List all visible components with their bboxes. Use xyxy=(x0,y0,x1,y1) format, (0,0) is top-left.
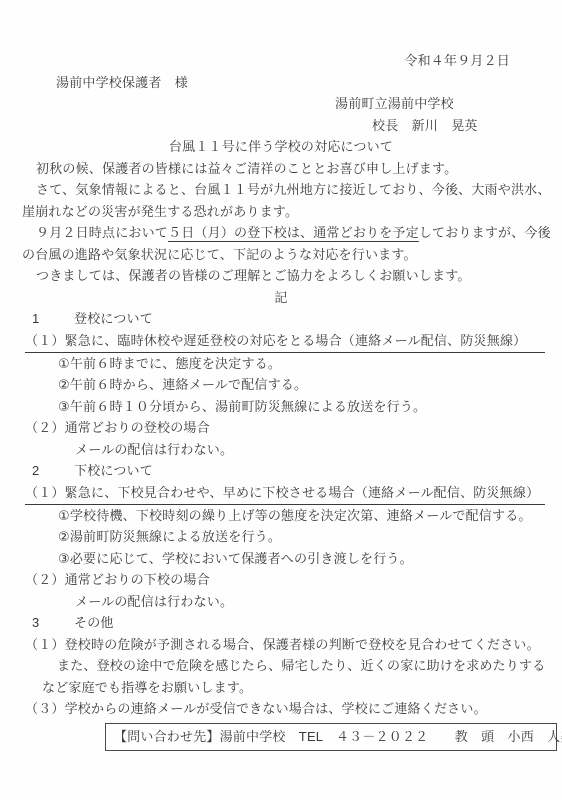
ki-marker: 記 xyxy=(0,287,562,309)
numbered-item-line: ②湯前町防災無線による放送を行う。 xyxy=(58,526,562,548)
continuation-line: など家庭でも指導をお願いします。 xyxy=(42,677,562,699)
numbered-item-line: ③午前６時１０分頃から、湯前町防災無線による放送を行う。 xyxy=(58,396,562,418)
text-span: しておりますが、今後 xyxy=(419,225,551,240)
contact-box: 【問い合わせ先】湯前中学校 TEL ４３－２０２２ 教 頭 小西 人美 xyxy=(105,723,557,751)
clause-heading-underlined: （１）緊急に、臨時休校や遅延登校の対応をとる場合（連絡メール配信、防災無線） xyxy=(25,330,545,353)
body-paragraph-line: つきましては、保護者の皆様のご理解とご協力をよろしくお願いします。 xyxy=(23,265,562,287)
body-paragraph-line: ９月２日時点において５日（月）の登下校は、通常どおりを予定しておりますが、今後 xyxy=(23,222,562,244)
body-paragraph-line: 崖崩れなどの災害が発生する恐れがあります。 xyxy=(22,201,562,223)
document-page: 令和４年９月２日湯前中学校保護者 様湯前町立湯前中学校校長 新川 晃英台風１１号… xyxy=(0,0,562,800)
clause-line: （３）学校からの連絡メールが受信できない場合は、学校にご連絡ください。 xyxy=(25,698,562,720)
section-label: 登校について xyxy=(74,311,153,326)
text-span: ９月２日時点において xyxy=(36,225,168,240)
section-number: 2 xyxy=(32,460,74,482)
document-body: 令和４年９月２日湯前中学校保護者 様湯前町立湯前中学校校長 新川 晃英台風１１号… xyxy=(0,50,562,751)
numbered-item-line: ③必要に応じて、学校において保護者への引き渡しを行う。 xyxy=(58,548,562,570)
sub-note-line: メールの配信は行わない。 xyxy=(75,591,562,613)
clause-line: （２）通常どおりの登校の場合 xyxy=(25,417,562,439)
body-paragraph-line: の台風の進路や気象状況に応じて、下記のような対応を行います。 xyxy=(22,244,562,266)
section-label: その他 xyxy=(74,615,114,630)
school-name-line: 湯前町立湯前中学校 xyxy=(335,93,562,115)
principal-name-line: 校長 新川 晃英 xyxy=(372,115,562,137)
section-heading: 2下校について xyxy=(32,460,562,482)
continuation-line: また、登校の途中で危険を感じたら、帰宅したり、近くの家に助けを求めたりする xyxy=(57,655,562,677)
clause-line: （１）登校時の危険が予測される場合、保護者様の判断で登校を見合わせてください。 xyxy=(25,634,562,656)
numbered-item-line: ②午前６時から、連絡メールで配信する。 xyxy=(58,374,562,396)
numbered-item-line: ①学校待機、下校時刻の繰り上げ等の態度を決定次第、連絡メールで配信する。 xyxy=(58,505,562,527)
section-heading: 1登校について xyxy=(32,308,562,330)
addressee-line: 湯前中学校保護者 様 xyxy=(56,72,562,94)
section-number: 1 xyxy=(32,308,74,330)
body-paragraph-line: さて、気象情報によると、台風１１号が九州地方に接近しており、今後、大雨や洪水、 xyxy=(23,179,562,201)
clause-heading-underlined: （１）緊急に、下校見合わせや、早めに下校させる場合（連絡メール配信、防災無線） xyxy=(25,482,545,505)
numbered-item-line: ①午前６時までに、態度を決定する。 xyxy=(58,353,562,375)
clause-line: （２）通常どおりの下校の場合 xyxy=(25,569,562,591)
underlined-phrase: ５日（月）の登下校は、通常どおりを予定 xyxy=(168,225,419,240)
section-label: 下校について xyxy=(74,463,153,478)
date-line: 令和４年９月２日 xyxy=(0,50,562,72)
document-title: 台風１１号に伴う学校の対応について xyxy=(0,136,562,158)
section-number: 3 xyxy=(32,612,74,634)
section-heading: 3その他 xyxy=(32,612,562,634)
body-paragraph-line: 初秋の候、保護者の皆様には益々ご清祥のこととお喜び申し上げます。 xyxy=(23,158,562,180)
sub-note-line: メールの配信は行わない。 xyxy=(75,439,562,461)
